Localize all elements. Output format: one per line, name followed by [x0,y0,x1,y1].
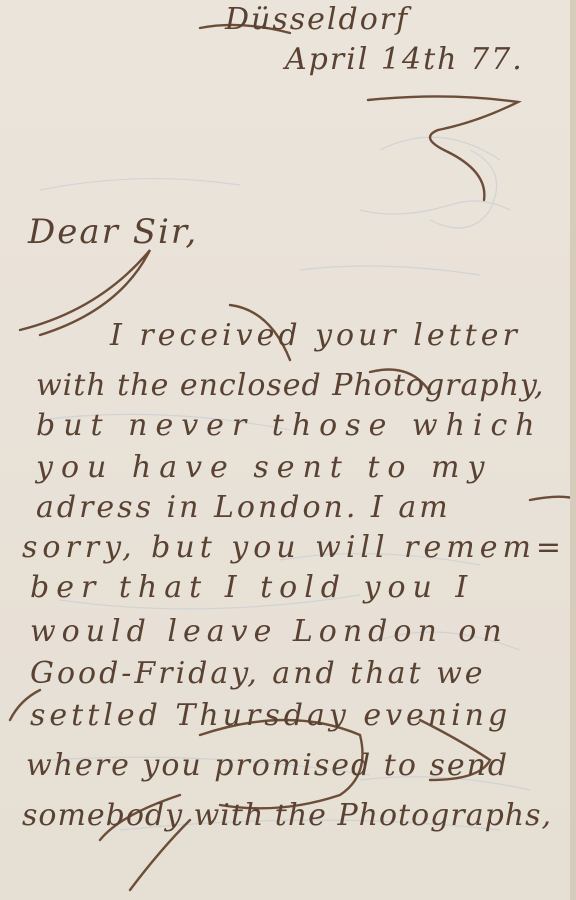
body-line-7: ber that I told you I [30,570,474,605]
body-line-2: with the enclosed Photography, [36,368,544,403]
letter-place: Düsseldorf [225,2,409,37]
letter-date: April 14th 77. [285,42,524,77]
body-line-11: where you promised to send [26,748,509,783]
body-line-5: adress in London. I am [36,490,451,525]
body-line-8: would leave London on [30,614,508,649]
body-line-1: I received your letter [110,318,521,353]
body-line-9: Good-Friday, and that we [30,656,486,691]
body-line-12: somebody with the Photographs, [22,798,552,833]
body-line-3: but never those which [36,408,543,443]
body-line-6: sorry, but you will remem= [22,530,566,565]
letter-page: Düsseldorf April 14th 77. Dear Sir, I re… [0,0,576,900]
letter-salutation: Dear Sir, [28,212,198,252]
body-line-10: settled Thursday evening [30,698,511,733]
body-line-4: you have sent to my [36,450,492,485]
